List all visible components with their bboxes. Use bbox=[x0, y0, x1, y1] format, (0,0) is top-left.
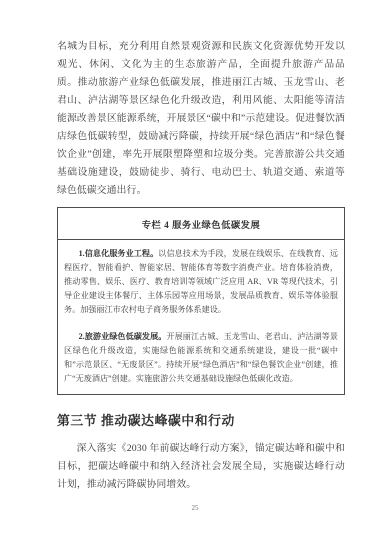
document-page: 名城为目标，充分利用自然景观资源和民族文化资源优势开发以观光、休闲、文化为主的生… bbox=[0, 0, 390, 551]
callout-box-title: 专栏 4 服务业绿色低碳发展 bbox=[142, 221, 261, 231]
section-paragraph: 深入落实《2030 年前碳达峰行动方案》，锚定碳达峰和碳中和目标，把碳达峰碳中和… bbox=[57, 440, 345, 494]
callout-item-1-text: 以信息技术为手段，发展在线娱乐、在线教育、远程医疗、智能看护、智能家居、智能体育… bbox=[64, 249, 338, 314]
callout-box: 专栏 4 服务业绿色低碳发展 1.信息化服务业工程。以信息技术为手段，发展在线娱… bbox=[57, 207, 345, 395]
callout-box-body: 1.信息化服务业工程。以信息技术为手段，发展在线娱乐、在线教育、远程医疗、智能看… bbox=[58, 240, 344, 394]
page-number: 25 bbox=[0, 504, 390, 512]
body-paragraph: 名城为目标，充分利用自然景观资源和民族文化资源优势开发以观光、休闲、文化为主的生… bbox=[57, 38, 345, 200]
callout-item-1: 1.信息化服务业工程。以信息技术为手段，发展在线娱乐、在线教育、远程医疗、智能看… bbox=[64, 247, 338, 317]
callout-item-2: 2.旅游业绿色低碳发展。开展丽江古城、玉龙雪山、老君山、泸沽湖等景区绿色化升级改… bbox=[64, 330, 338, 386]
callout-box-header: 专栏 4 服务业绿色低碳发展 bbox=[58, 208, 344, 240]
callout-item-2-lead: 2.旅游业绿色低碳发展。 bbox=[79, 332, 167, 341]
callout-item-1-lead: 1.信息化服务业工程。 bbox=[79, 249, 159, 258]
page-content: 名城为目标，充分利用自然景观资源和民族文化资源优势开发以观光、休闲、文化为主的生… bbox=[57, 38, 345, 494]
section-heading: 第三节 推动碳达峰碳中和行动 bbox=[57, 411, 345, 431]
